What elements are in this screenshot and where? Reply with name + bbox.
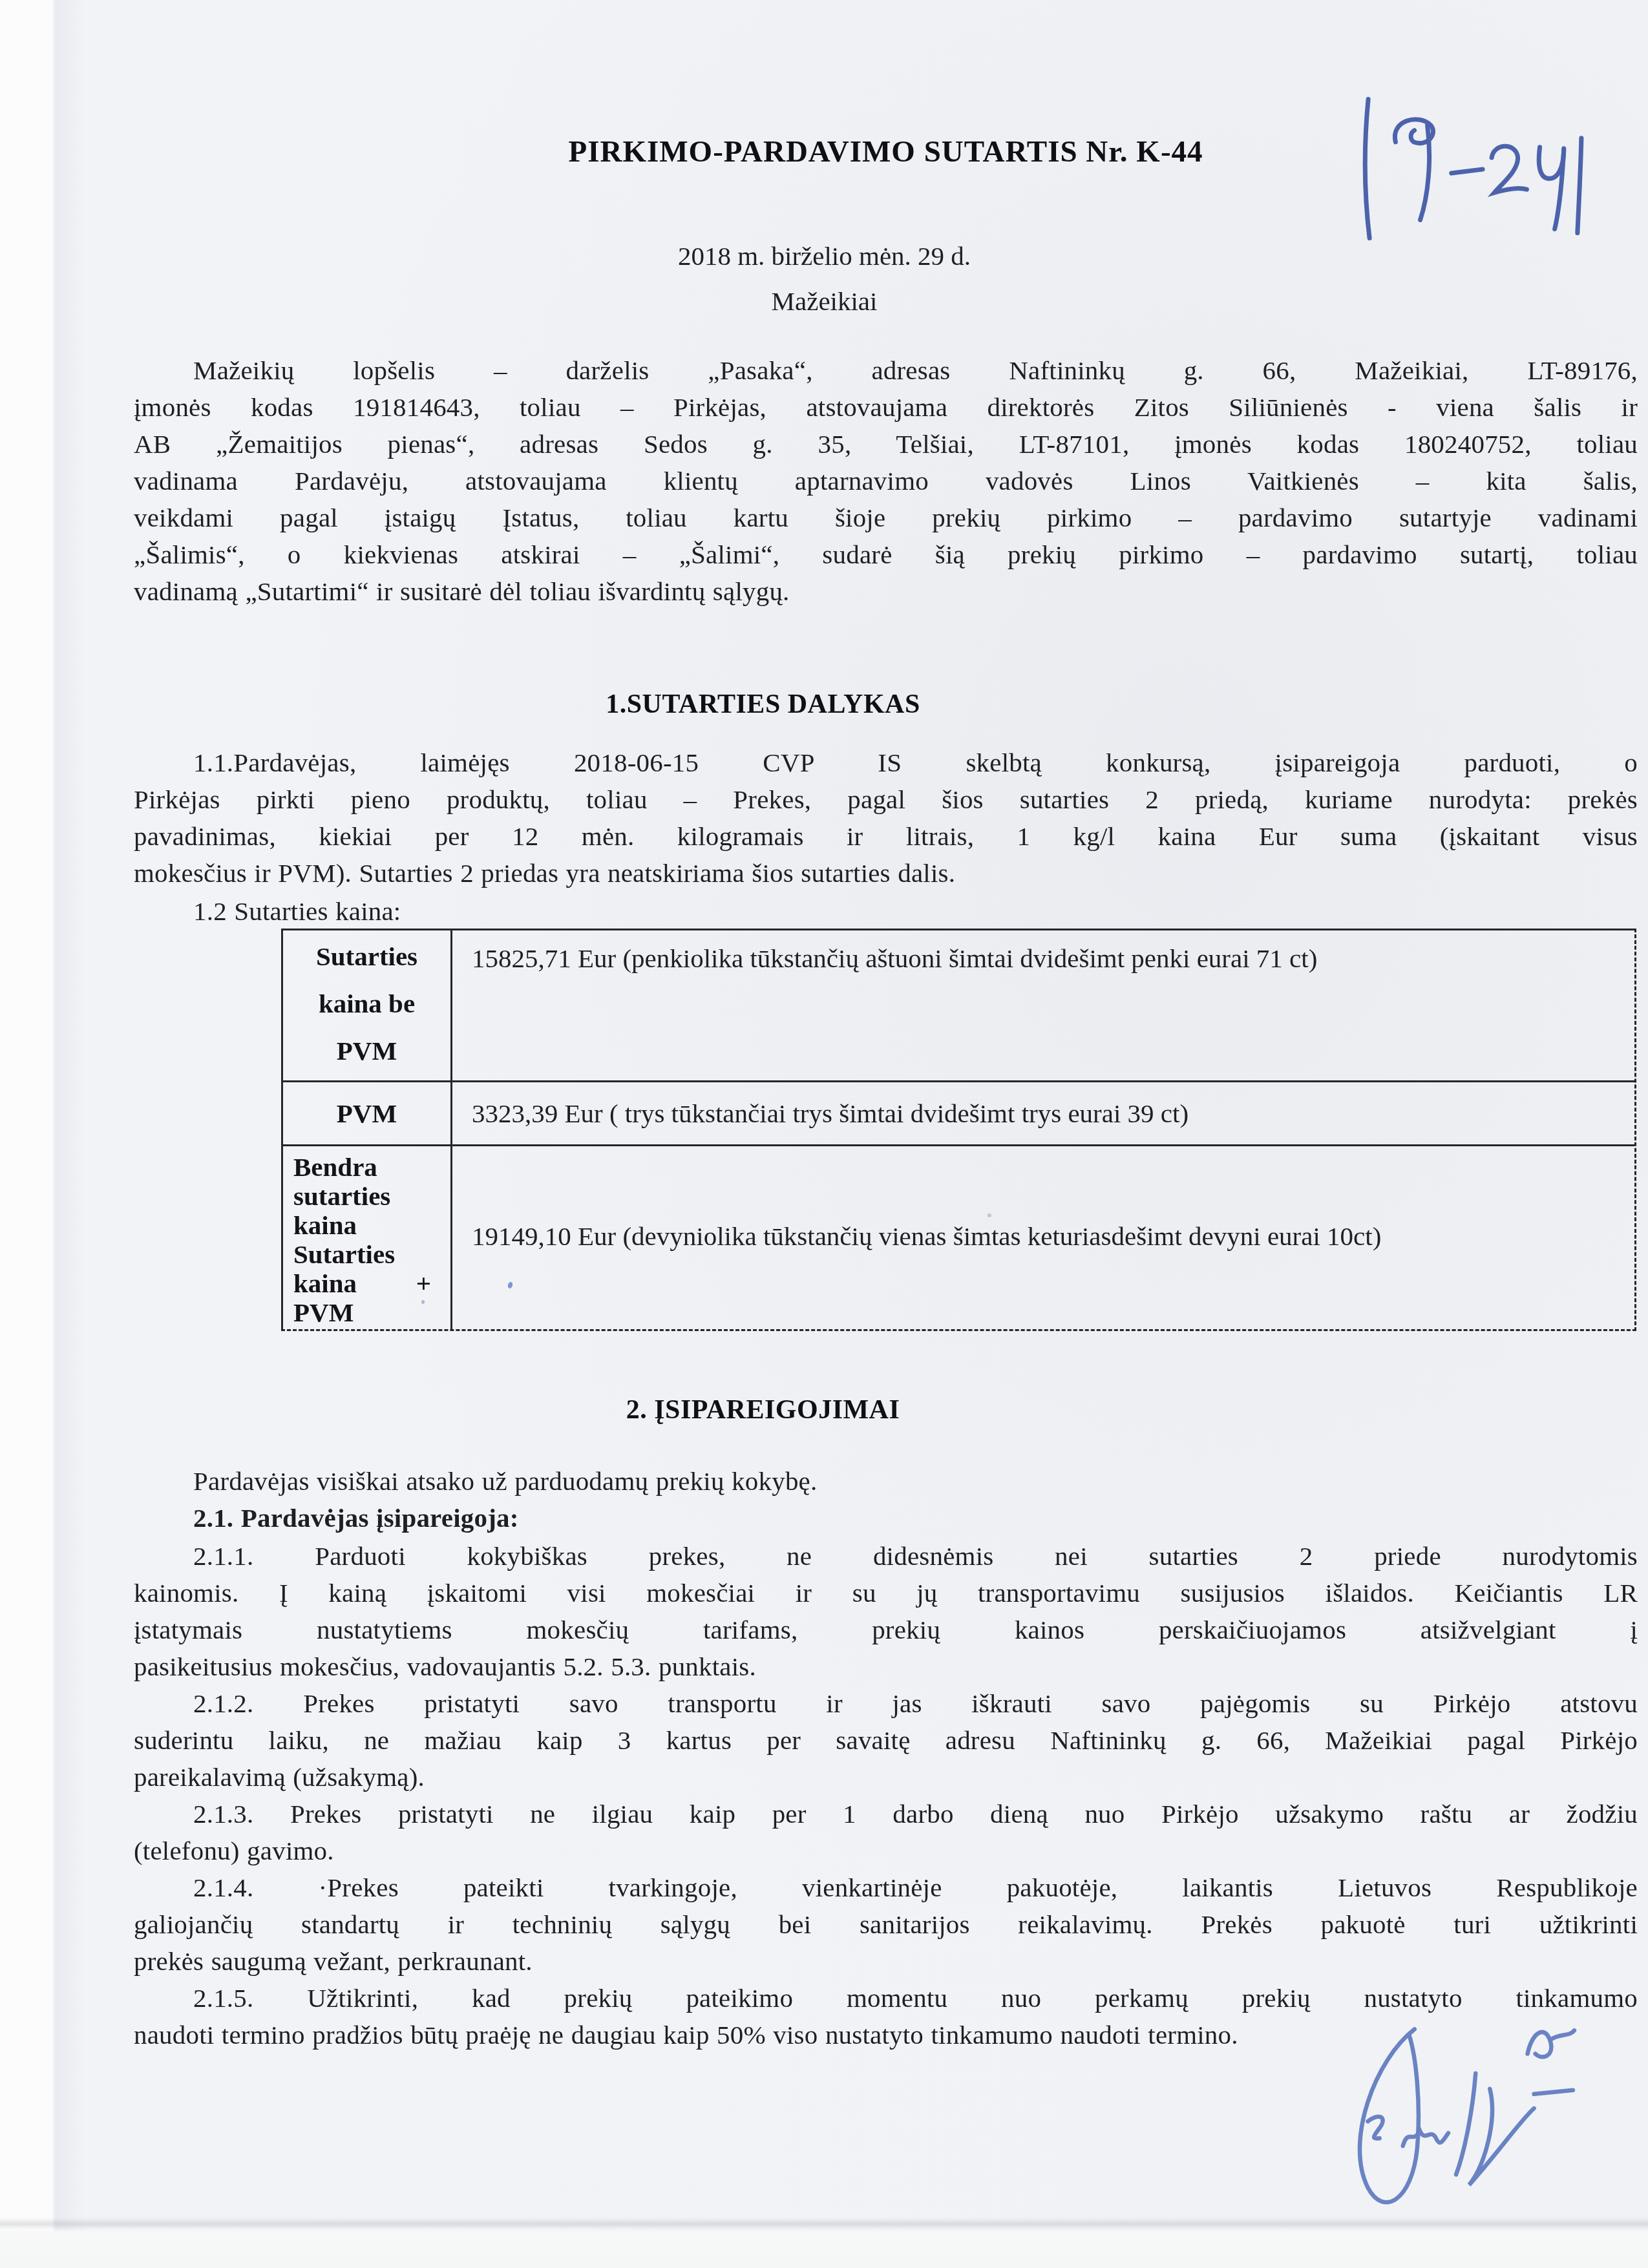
clause-2-1-2: 2.1.2. Prekes pristatyti savo transportu… <box>134 1685 1638 1796</box>
clause-2-1: 2.1. Pardavėjas įsipareigoja: <box>134 1500 1638 1537</box>
contract-place: Mažeikiai <box>72 286 1576 317</box>
table-row-price-without-vat: Sutartieskaina bePVM 15825,71 Eur (penki… <box>283 930 1634 1082</box>
row-label: BendrasutartieskainaSutartieskaina +PVM <box>283 1146 452 1329</box>
row-value: 19149,10 Eur (devyniolika tūkstančių vie… <box>452 1146 1634 1329</box>
section2-heading: 2. ĮSIPAREIGOJIMAI <box>11 1394 1515 1425</box>
clause-2-1-1: 2.1.1. Parduoti kokybiškas prekes, ne di… <box>134 1538 1638 1685</box>
clause-1-1: 1.1.Pardavėjas, laimėjęs 2018-06-15 CVP … <box>134 744 1638 892</box>
intro-paragraph: Mažeikių lopšelis – darželis „Pasaka“, a… <box>134 352 1638 610</box>
handwritten-annotation <box>1354 87 1594 250</box>
row-value: 3323,39 Eur ( trys tūkstančiai trys šimt… <box>452 1082 1634 1144</box>
clause-quality: Pardavėjas visiškai atsako už parduodamų… <box>134 1463 1638 1500</box>
clause-2-1-4: 2.1.4. ·Prekes pateikti tvarkingoje, vie… <box>134 1869 1638 1980</box>
contract-date: 2018 m. birželio mėn. 29 d. <box>72 240 1576 271</box>
section1-heading: 1.SUTARTIES DALYKAS <box>11 689 1515 720</box>
scan-speck <box>988 1213 991 1217</box>
table-row-total-price: BendrasutartieskainaSutartieskaina +PVM … <box>283 1146 1634 1329</box>
row-label: PVM <box>283 1082 452 1144</box>
table-row-vat: PVM 3323,39 Eur ( trys tūkstančiai trys … <box>283 1082 1634 1146</box>
price-table: Sutartieskaina bePVM 15825,71 Eur (penki… <box>281 929 1636 1331</box>
row-label: Sutartieskaina bePVM <box>283 930 452 1080</box>
signature-scribble <box>1305 2011 1585 2225</box>
row-value: 15825,71 Eur (penkiolika tūkstančių aštu… <box>452 930 1634 1080</box>
clause-1-2: 1.2 Sutarties kaina: <box>134 893 1638 930</box>
scanned-contract-page: PIRKIMO-PARDAVIMO SUTARTIS Nr. K-44 2018… <box>0 0 1648 2268</box>
clause-2-1-3: 2.1.3. Prekes pristatyti ne ilgiau kaip … <box>134 1796 1638 1869</box>
annotation-strokes <box>1365 99 1581 238</box>
signature-strokes <box>1360 2029 1574 2202</box>
ink-speck <box>421 1300 425 1304</box>
page-content: PIRKIMO-PARDAVIMO SUTARTIS Nr. K-44 2018… <box>134 0 1638 2268</box>
